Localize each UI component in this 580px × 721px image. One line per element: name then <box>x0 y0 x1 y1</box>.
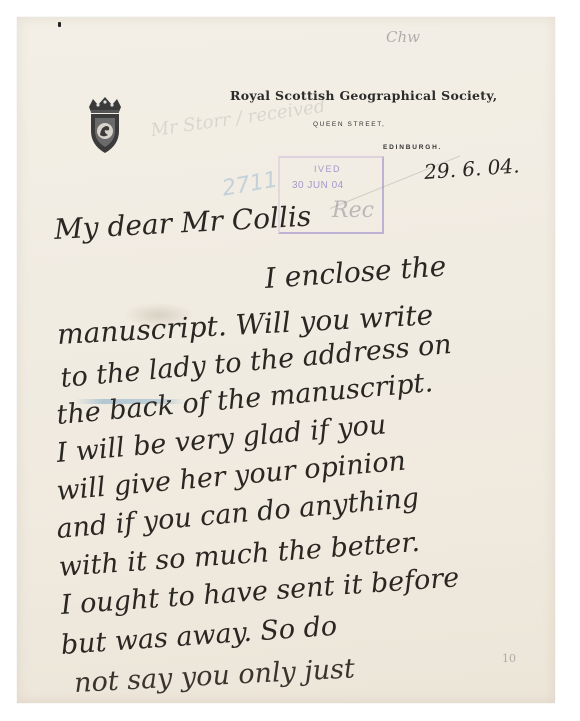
society-name: Royal Scottish Geographical Society, <box>230 88 497 103</box>
ink-spot <box>58 22 61 27</box>
pencil-page-number: 10 <box>502 652 516 665</box>
stamp-date: 30 JUN 04 <box>292 180 344 191</box>
letterhead-street: QUEEN STREET, <box>313 121 385 128</box>
crown-shield-crest-icon <box>83 95 127 155</box>
pencil-note-top: Chw <box>386 28 420 46</box>
document-canvas: Royal Scottish Geographical Society, QUE… <box>0 0 580 721</box>
stamp-received-word: IVED <box>314 164 341 174</box>
letterhead-city: EDINBURGH. <box>383 144 442 151</box>
stamp-initials: Rec <box>332 198 374 223</box>
